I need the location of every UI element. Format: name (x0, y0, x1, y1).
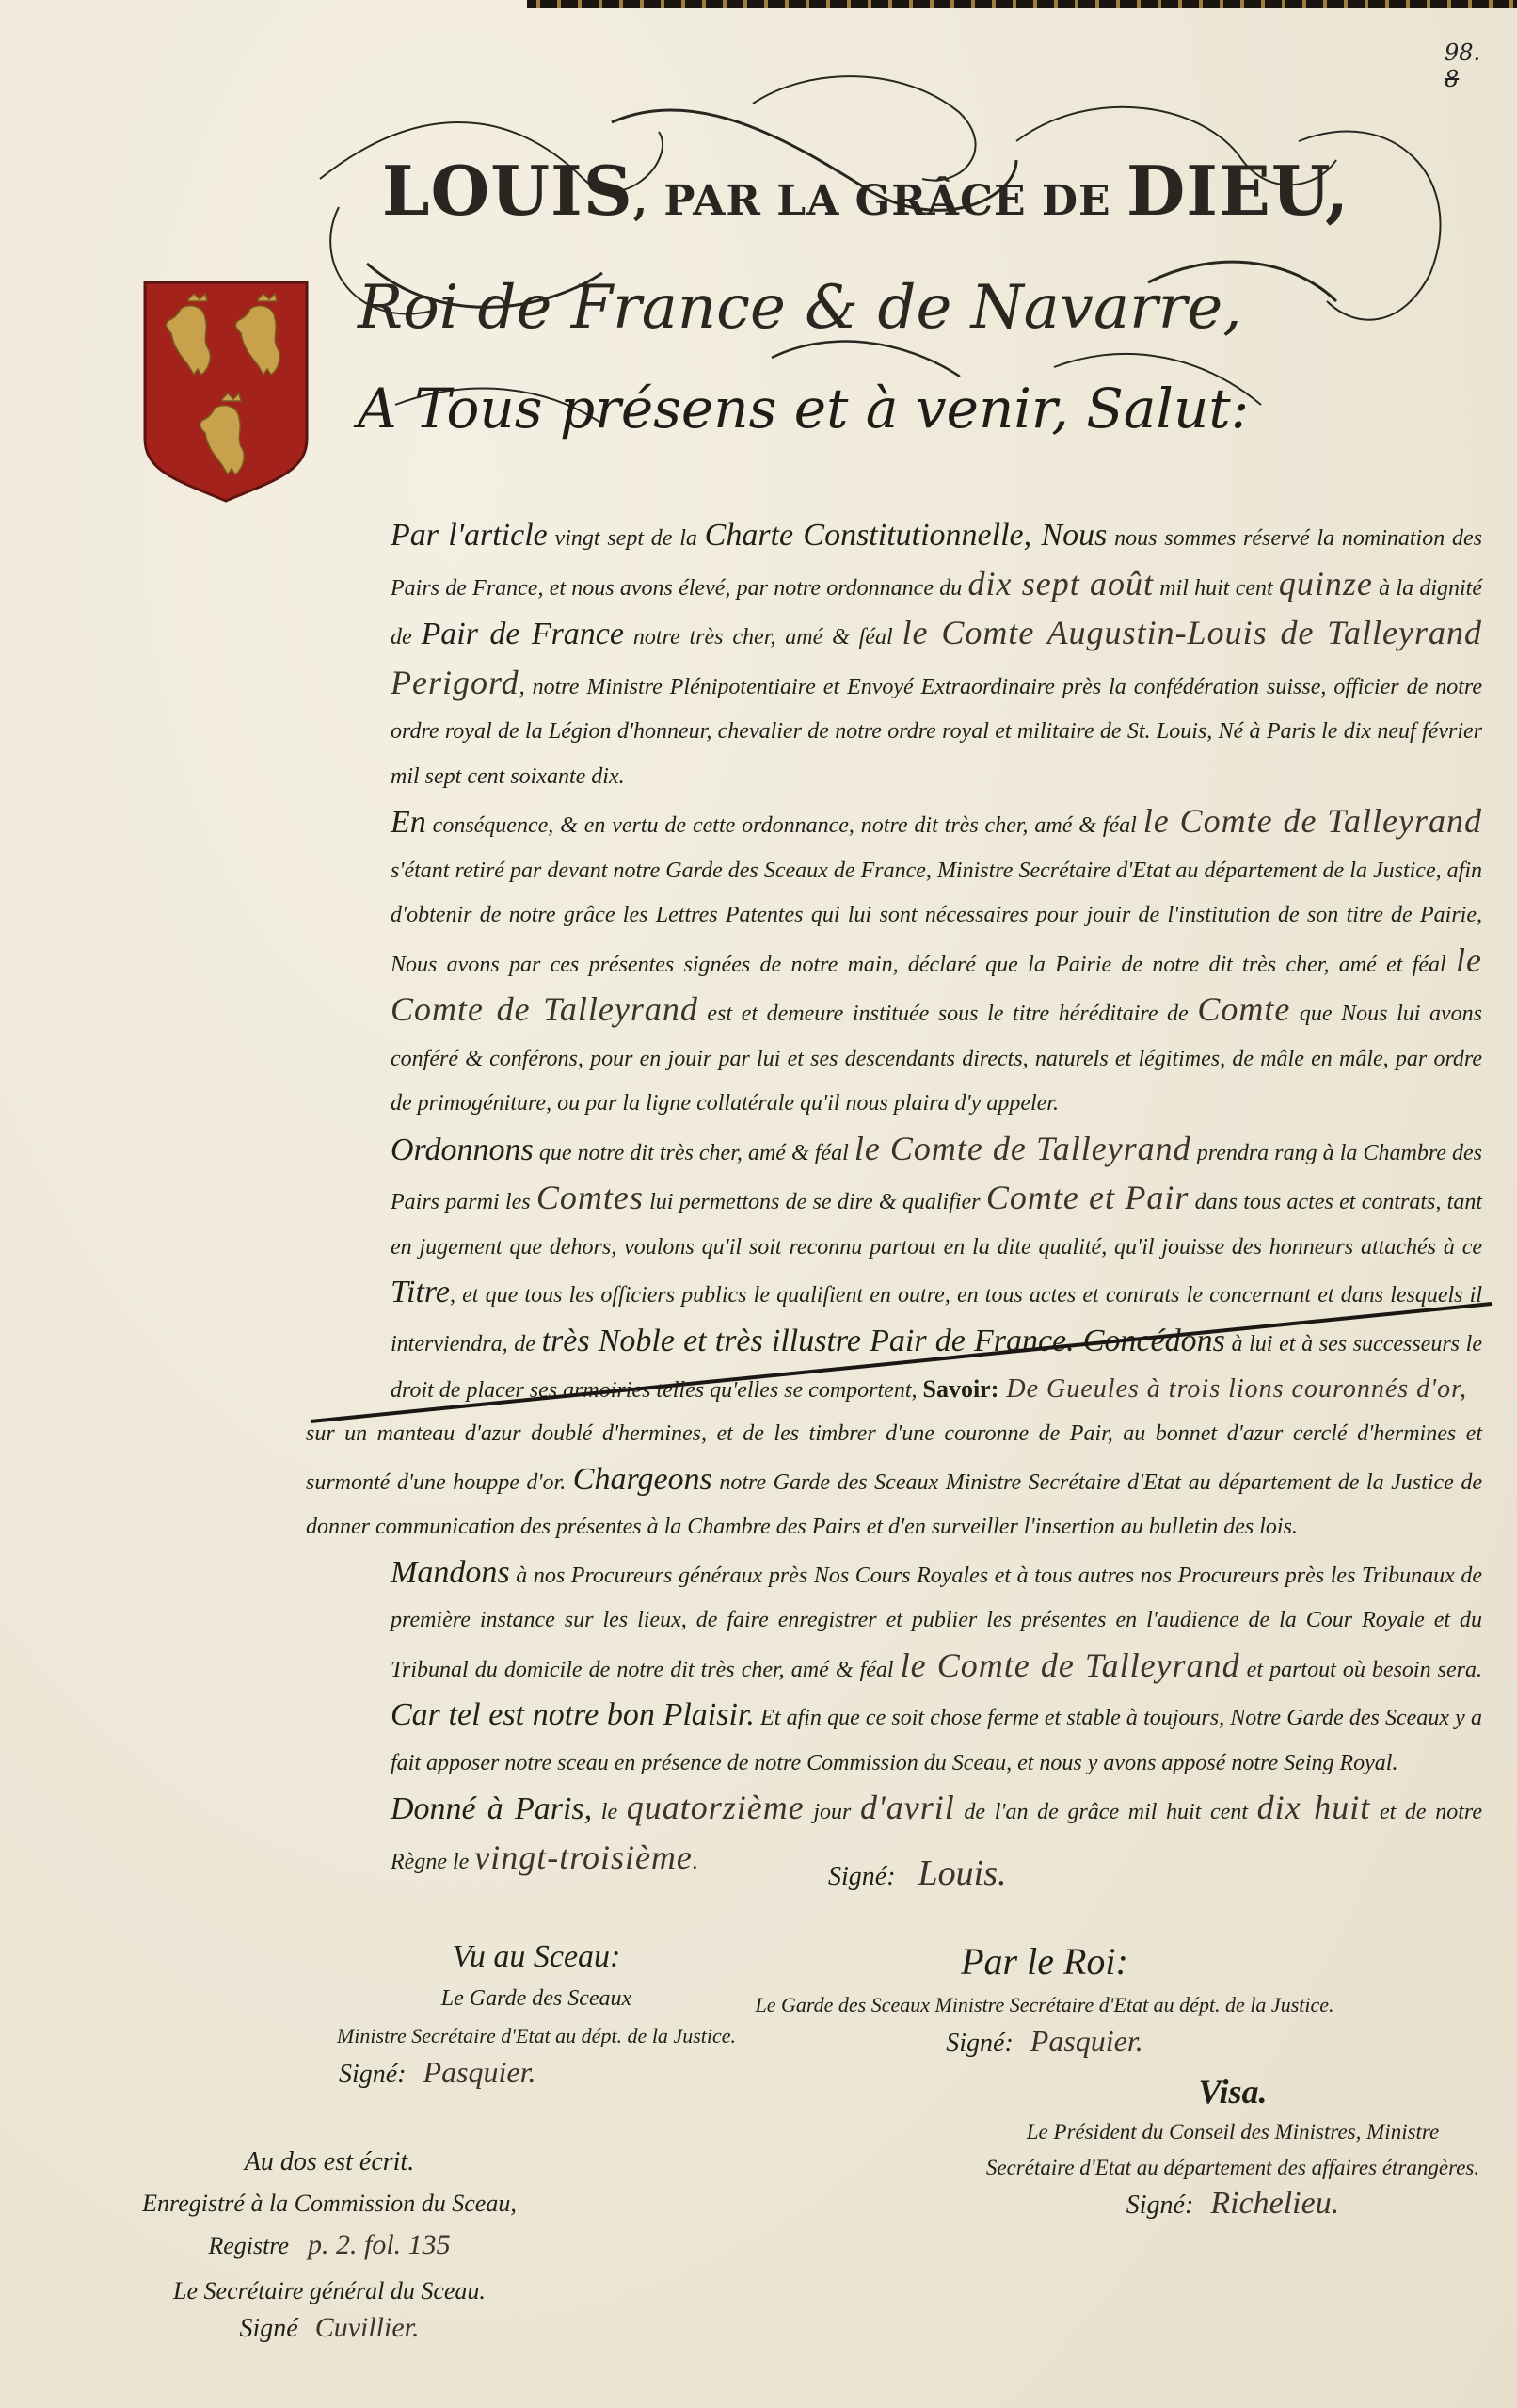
month-fill: d'avril (860, 1789, 955, 1826)
reign-year-fill: vingt-troisième (474, 1838, 693, 1876)
hereditary-title: Comte (1197, 990, 1290, 1028)
block-title: Enregistré à la Commission du Sceau, (85, 2183, 574, 2224)
para-lead: Par l'article (391, 518, 548, 553)
day-fill: quatorzième (627, 1789, 805, 1826)
rank-fill: Comtes (536, 1179, 644, 1216)
signature-label: Signé (239, 2314, 297, 2343)
royal-title: LOUIS, PAR LA GRÂCE DE DIEU, (320, 151, 1412, 231)
block-heading: Par le Roi: (734, 1937, 1355, 1986)
cancel-stroke-line (306, 1299, 1496, 1431)
salutation: A Tous présens et à venir, Salut: (358, 377, 1249, 441)
paragraph-par-larticle: Par l'article vingt sept de la Charte Co… (306, 513, 1482, 799)
par-le-roi-block: Par le Roi: Le Garde des Sceaux Ministre… (734, 1937, 1355, 2059)
chargeons-text: Chargeons (573, 1462, 712, 1497)
para-lead: Ordonnons (391, 1132, 534, 1167)
dieu-text: DIEU, (1126, 151, 1349, 231)
block-heading: Au dos est écrit. (85, 2142, 574, 2183)
nous-text: Nous (1031, 518, 1107, 553)
signature-name: Cuvillier. (315, 2312, 420, 2343)
text: et partout où besoin sera. (1240, 1658, 1482, 1682)
block-title: Le Secrétaire général du Sceau. (85, 2271, 574, 2312)
text: est et demeure instituée sous le titre h… (698, 1002, 1197, 1026)
text: que notre dit très cher, amé & féal (534, 1141, 854, 1165)
signature-label: Signé: (339, 2060, 407, 2089)
binding-edge (527, 0, 1517, 8)
text: vingt sept de la (548, 526, 705, 551)
year-fill: dix huit (1257, 1789, 1371, 1826)
para-lead: En (391, 805, 426, 840)
text: s'étant retiré par devant notre Garde de… (391, 859, 1482, 977)
ordonnance-year: quinze (1279, 565, 1373, 602)
block-heading: Vu au Sceau: (311, 1934, 762, 1980)
text: mil huit cent (1154, 576, 1279, 601)
signature-name: Louis. (918, 1854, 1007, 1893)
text: le (592, 1800, 627, 1824)
text: lui permettons de se dire & qualifier (644, 1190, 986, 1214)
gilt-ornament (527, 0, 1517, 8)
paragraph-en-consequence: En conséquence, & en vertu de cette ordo… (306, 799, 1482, 1127)
block-title: Le Président du Conseil des Ministres, M… (969, 2114, 1496, 2150)
king-signature: Signé: Louis. (828, 1853, 1007, 1894)
au-dos-block: Au dos est écrit. Enregistré à la Commis… (85, 2142, 574, 2344)
recipient-name: le Comte de Talleyrand (901, 1646, 1240, 1684)
registre-value: p. 2. fol. 135 (308, 2229, 451, 2260)
king-name: LOUIS (382, 151, 633, 231)
coat-of-arms-icon (141, 279, 311, 505)
royal-subtitle: Roi de France & de Navarre, (358, 273, 1242, 343)
text: , notre Ministre Plénipotentiaire et Env… (391, 675, 1482, 789)
recipient-name: le Comte de Talleyrand (854, 1130, 1191, 1167)
recipient-name: le Comte de Talleyrand (1143, 802, 1482, 840)
block-title: Ministre Secrétaire d'Etat au dépt. de l… (311, 2017, 762, 2055)
text: conséquence, & en vertu de cette ordonna… (426, 813, 1143, 838)
paragraph-mandons: Mandons à nos Procureurs généraux près N… (306, 1550, 1482, 1787)
qualification-fill: Comte et Pair (986, 1179, 1190, 1216)
registre-label: Registre (208, 2232, 289, 2259)
signature-name: Richelieu. (1210, 2186, 1339, 2221)
block-title: Le Garde des Sceaux Ministre Secrétaire … (734, 1986, 1355, 2024)
grace-text: , PAR LA GRÂCE DE (633, 177, 1126, 225)
signature-name: Pasquier. (423, 2055, 536, 2089)
signature-name: Pasquier. (1030, 2024, 1143, 2058)
pair-de-france-text: Pair de France (422, 617, 624, 651)
text: jour (805, 1800, 860, 1824)
para-lead: Mandons (391, 1555, 510, 1590)
signature-label: Signé: (1126, 2191, 1194, 2220)
signature-label: Signé: (828, 1862, 896, 1891)
block-heading: Visa. (969, 2069, 1496, 2114)
visa-block: Visa. Le Président du Conseil des Minist… (969, 2069, 1496, 2222)
block-title: Secrétaire d'Etat au département des aff… (969, 2150, 1496, 2186)
vu-au-sceau-block: Vu au Sceau: Le Garde des Sceaux Ministr… (311, 1934, 762, 2090)
ordonnance-date: dix sept août (967, 565, 1153, 602)
charte-text: Charte Constitutionnelle, (705, 518, 1031, 553)
paragraph-manteau: sur un manteau d'azur doublé d'hermines,… (306, 1412, 1482, 1550)
text: . (693, 1850, 698, 1874)
signature-label: Signé: (946, 2029, 1014, 2058)
para-lead: Donné à Paris, (391, 1791, 592, 1826)
bon-plaisir-text: Car tel est notre bon Plaisir. (391, 1697, 755, 1732)
letters-patent-body-part2: sur un manteau d'azur doublé d'hermines,… (306, 1412, 1482, 1885)
block-title: Le Garde des Sceaux (311, 1980, 762, 2017)
letters-patent-body-part1: Par l'article vingt sept de la Charte Co… (306, 513, 1482, 1414)
text: de l'an de grâce mil huit cent (955, 1800, 1257, 1824)
text: notre très cher, amé & féal (624, 625, 902, 650)
